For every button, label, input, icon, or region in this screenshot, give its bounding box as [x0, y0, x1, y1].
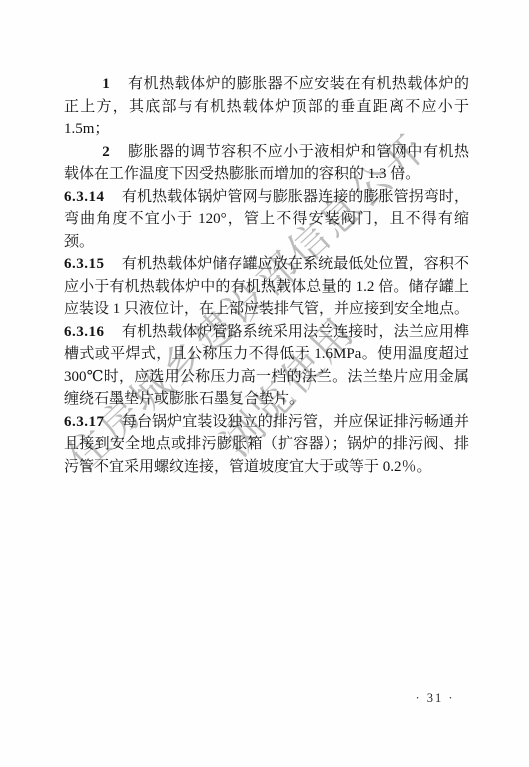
clause-6-3-15: 6.3.15有机热载体炉储存罐应放在系统最低处位置，容积不应小于有机热载体炉中的… — [64, 253, 469, 321]
list-item-text: 膨胀器的调节容积不应小于液相炉和管网中有机热载体在工作温度下因受热膨胀而增加的容… — [64, 144, 469, 183]
list-item-number: 1 — [102, 76, 110, 92]
clause-number: 6.3.17 — [64, 414, 105, 430]
list-item: 2膨胀器的调节容积不应小于液相炉和管网中有机热载体在工作温度下因受热膨胀而增加的… — [64, 141, 469, 186]
clause-text: 有机热载体锅炉管网与膨胀器连接的膨胀管拐弯时，弯曲角度不宜小于 120°，管上不… — [64, 189, 469, 250]
text-block: 1有机热载体炉的膨胀器不应安装在有机热载体炉的正上方，其底部与有机热载体炉顶部的… — [64, 73, 469, 478]
clause-text: 每台锅炉宜装设独立的排污管，并应保证排污畅通并且接到安全地点或排污膨胀箱（扩容器… — [64, 414, 469, 475]
clause-text: 有机热载体炉储存罐应放在系统最低处位置，容积不应小于有机热载体炉中的有机热载体总… — [64, 256, 469, 317]
document-page: 住房城乡建设部信息公开 浏览使用 1有机热载体炉的膨胀器不应安装在有机热载体炉的… — [0, 0, 529, 767]
clause-number: 6.3.14 — [64, 189, 105, 205]
list-item-number: 2 — [102, 144, 110, 160]
clause-6-3-14: 6.3.14有机热载体锅炉管网与膨胀器连接的膨胀管拐弯时，弯曲角度不宜小于 12… — [64, 186, 469, 254]
page-number: · 31 · — [400, 691, 470, 706]
clause-6-3-17: 6.3.17每台锅炉宜装设独立的排污管，并应保证排污畅通并且接到安全地点或排污膨… — [64, 411, 469, 479]
clause-text: 有机热载体炉管路系统采用法兰连接时，法兰应用榫槽式或平焊式，且公称压力不得低于 … — [64, 324, 469, 408]
clause-number: 6.3.15 — [64, 256, 105, 272]
list-item-text: 有机热载体炉的膨胀器不应安装在有机热载体炉的正上方，其底部与有机热载体炉顶部的垂… — [64, 76, 469, 137]
list-item: 1有机热载体炉的膨胀器不应安装在有机热载体炉的正上方，其底部与有机热载体炉顶部的… — [64, 73, 469, 141]
clause-number: 6.3.16 — [64, 324, 105, 340]
clause-6-3-16: 6.3.16有机热载体炉管路系统采用法兰连接时，法兰应用榫槽式或平焊式，且公称压… — [64, 321, 469, 411]
